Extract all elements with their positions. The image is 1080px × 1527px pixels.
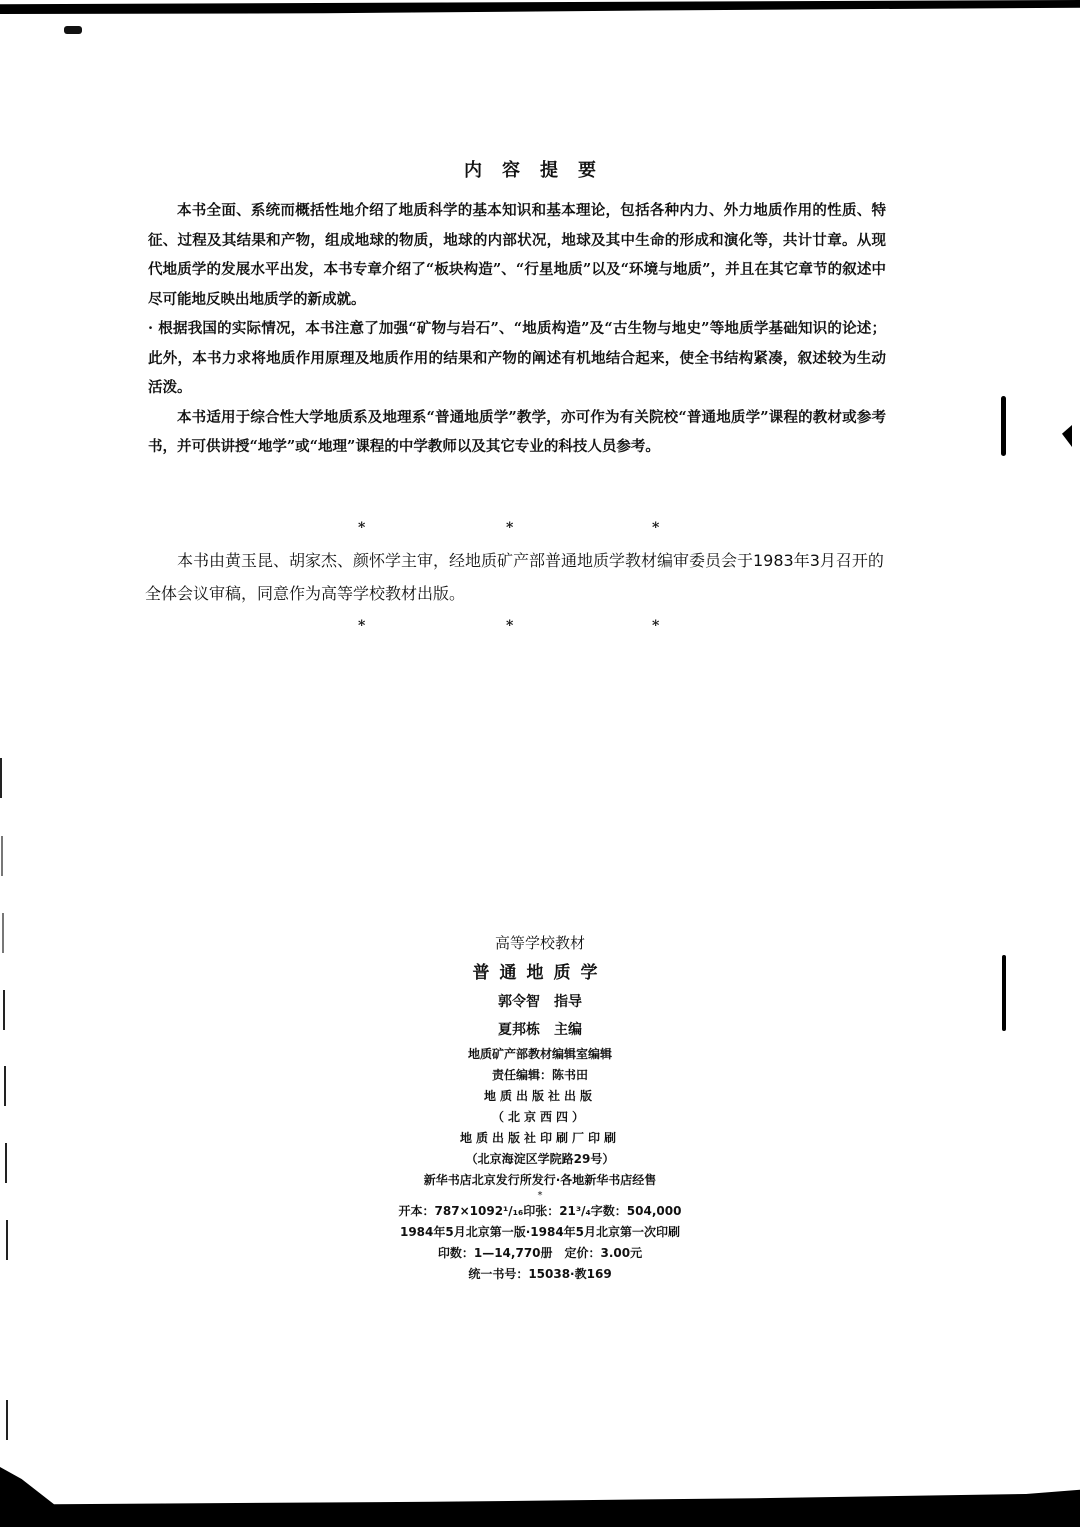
review-note: 本书由黄玉昆、胡家杰、颜怀学主审，经地质矿产部普通地质学教材编审委员会于1983…: [145, 544, 890, 610]
scan-smudge: [1001, 396, 1006, 456]
summary-paragraph: 本书全面、系统而概括性地介绍了地质科学的基本知识和基本理论，包括各种内力、外力地…: [148, 196, 886, 314]
format-info: 开本：787×1092¹/₁₆印张：21³/₄字数：504,000: [0, 1201, 1080, 1222]
series-name: 高等学校教材: [0, 928, 1080, 958]
printer: 地质出版社印刷厂印刷: [0, 1128, 1080, 1149]
summary-body: 本书全面、系统而概括性地介绍了地质科学的基本知识和基本理论，包括各种内力、外力地…: [148, 196, 886, 462]
separator-star: *: [0, 1191, 1080, 1201]
responsible-editor: 责任编辑：陈书田: [0, 1065, 1080, 1086]
edition-info: 1984年5月北京第一版·1984年5月北京第一次印刷: [0, 1222, 1080, 1243]
scan-smudge: [1062, 425, 1072, 447]
scan-edge-mark: [6, 1400, 8, 1440]
book-title: 普通地质学: [0, 958, 1080, 988]
review-note-text: 本书由黄玉昆、胡家杰、颜怀学主审，经地质矿产部普通地质学教材编审委员会于1983…: [145, 544, 890, 610]
section-title: 内容提要: [0, 156, 1080, 182]
separator-stars: * * *: [0, 520, 1080, 534]
separator-star: *: [358, 520, 365, 536]
scan-edge-mark: [1, 836, 3, 876]
publisher: 地质出版社出版: [0, 1086, 1080, 1107]
separator-star: *: [652, 520, 659, 536]
separator-stars: * * *: [0, 618, 1080, 632]
print-run-price: 印数：1—14,770册 定价：3.00元: [0, 1243, 1080, 1264]
scan-edge-mark: [0, 758, 2, 798]
printer-address: （北京海淀区学院路29号）: [0, 1149, 1080, 1170]
summary-paragraph: 本书适用于综合性大学地质系及地理系“普通地质学”教学，亦可作为有关院校“普通地质…: [148, 403, 886, 462]
advisor: 郭令智 指导: [0, 988, 1080, 1016]
summary-paragraph: · 根据我国的实际情况，本书注意了加强“矿物与岩石”、“地质构造”及“古生物与地…: [148, 314, 886, 403]
colophon: 高等学校教材 普通地质学 郭令智 指导 夏邦栋 主编 地质矿产部教材编辑室编辑 …: [0, 928, 1080, 1285]
chief-editor: 夏邦栋 主编: [0, 1016, 1080, 1044]
separator-star: *: [506, 520, 513, 536]
compiled-by: 地质矿产部教材编辑室编辑: [0, 1044, 1080, 1065]
separator-star: *: [652, 618, 659, 634]
scan-bottom-border: [0, 1467, 1080, 1527]
separator-star: *: [358, 618, 365, 634]
scan-smudge: [64, 26, 82, 34]
distribution: 新华书店北京发行所发行·各地新华书店经售: [0, 1170, 1080, 1191]
publisher-address: （北京西四）: [0, 1107, 1080, 1128]
book-number: 统一书号：15038·教169: [0, 1264, 1080, 1285]
scan-top-border: [0, 0, 1080, 14]
separator-star: *: [506, 618, 513, 634]
